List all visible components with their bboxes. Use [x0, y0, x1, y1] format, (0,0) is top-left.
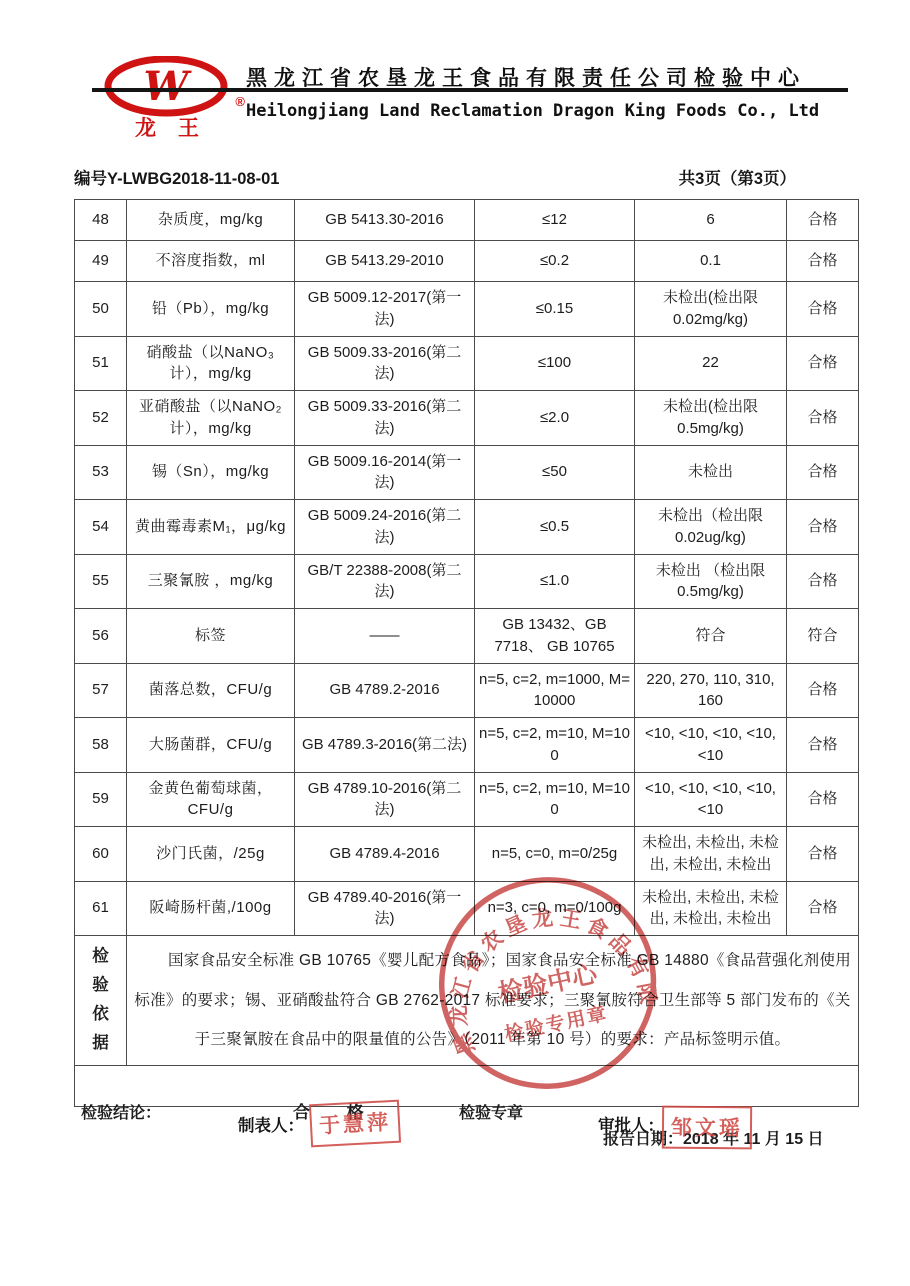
cell-result: <10, <10, <10, <10, <10 — [635, 772, 787, 827]
approver-label: 审批人： — [598, 1112, 664, 1136]
svg-text:W: W — [144, 63, 193, 110]
cell-conclusion: 合格 — [787, 718, 859, 773]
company-name-english: Heilongjiang Land Reclamation Dragon Kin… — [246, 101, 816, 121]
table-row: 57菌落总数，CFU/gGB 4789.2-2016n=5, c=2, m=10… — [75, 663, 859, 718]
cell-limit: ≤2.0 — [475, 391, 635, 446]
cell-limit: n=5, c=0, m=0/25g — [475, 827, 635, 882]
table-row: 58大肠菌群，CFU/gGB 4789.3-2016(第二法)n=5, c=2,… — [75, 718, 859, 773]
cell-result: 符合 — [635, 609, 787, 664]
cell-standard: GB 5413.29-2010 — [295, 241, 475, 282]
cell-standard: GB 5009.12-2017(第一法) — [295, 282, 475, 337]
cell-standard: GB 4789.2-2016 — [295, 663, 475, 718]
cell-conclusion: 合格 — [787, 241, 859, 282]
signature-block: 制表人： 于慧萍 审批人： 邹文瑶 — [0, 1100, 910, 1160]
cell-conclusion: 合格 — [787, 500, 859, 555]
cell-item: 标签 — [127, 609, 295, 664]
table-row: 49不溶度指数，mlGB 5413.29-2010≤0.20.1合格 — [75, 241, 859, 282]
cell-item: 杂质度，mg/kg — [127, 200, 295, 241]
cell-item: 大肠菌群，CFU/g — [127, 718, 295, 773]
cell-result: 未检出（检出限 0.02ug/kg) — [635, 500, 787, 555]
table-row: 59金黄色葡萄球菌，CFU/gGB 4789.10-2016(第二法)n=5, … — [75, 772, 859, 827]
table-row: 55三聚氰胺 ，mg/kgGB/T 22388-2008(第二法)≤1.0未检出… — [75, 554, 859, 609]
cell-no: 51 — [75, 336, 127, 391]
basis-label: 检 验 依 据 — [75, 936, 127, 1066]
cell-standard: GB 4789.3-2016(第二法) — [295, 718, 475, 773]
cell-item: 锡（Sn），mg/kg — [127, 445, 295, 500]
registered-trademark-icon: ® — [235, 94, 245, 109]
cell-result: 未检出 （检出限 0.5mg/kg) — [635, 554, 787, 609]
cell-no: 49 — [75, 241, 127, 282]
cell-limit: GB 13432、GB 7718、 GB 10765 — [475, 609, 635, 664]
cell-conclusion: 合格 — [787, 663, 859, 718]
cell-item: 阪崎肠杆菌,/100g — [127, 881, 295, 936]
cell-standard: GB 5009.33-2016(第二法) — [295, 391, 475, 446]
table-row: 56标签——GB 13432、GB 7718、 GB 10765符合符合 — [75, 609, 859, 664]
basis-row: 检 验 依 据 国家食品安全标准 GB 10765《婴儿配方食品》；国家食品安全… — [75, 936, 859, 1066]
inspection-results-table: 48杂质度，mg/kgGB 5413.30-2016≤126合格49不溶度指数，… — [74, 199, 859, 1107]
cell-result: 6 — [635, 200, 787, 241]
cell-result: 未检出(检出限 0.5mg/kg) — [635, 391, 787, 446]
cell-no: 52 — [75, 391, 127, 446]
cell-conclusion: 符合 — [787, 609, 859, 664]
table-row: 48杂质度，mg/kgGB 5413.30-2016≤126合格 — [75, 200, 859, 241]
cell-conclusion: 合格 — [787, 881, 859, 936]
cell-item: 铅（Pb），mg/kg — [127, 282, 295, 337]
cell-conclusion: 合格 — [787, 336, 859, 391]
table-row: 51硝酸盐（以NaNO₃ 计），mg/kgGB 5009.33-2016(第二法… — [75, 336, 859, 391]
cell-no: 55 — [75, 554, 127, 609]
page-indicator: 共3页（第3页） — [679, 165, 858, 189]
header-divider — [92, 88, 848, 92]
basis-char: 依 — [79, 1000, 122, 1029]
cell-limit: ≤0.15 — [475, 282, 635, 337]
cell-result: <10, <10, <10, <10, <10 — [635, 718, 787, 773]
basis-text: 国家食品安全标准 GB 10765《婴儿配方食品》；国家食品安全标准 GB 14… — [131, 941, 854, 1060]
cell-item: 不溶度指数，ml — [127, 241, 295, 282]
basis-text-cell: 国家食品安全标准 GB 10765《婴儿配方食品》；国家食品安全标准 GB 14… — [127, 936, 859, 1066]
cell-no: 50 — [75, 282, 127, 337]
results-body: 48杂质度，mg/kgGB 5413.30-2016≤126合格49不溶度指数，… — [75, 200, 859, 936]
cell-no: 61 — [75, 881, 127, 936]
cell-item: 金黄色葡萄球菌，CFU/g — [127, 772, 295, 827]
company-logo: W 龙王 ® — [96, 56, 241, 144]
cell-limit: ≤1.0 — [475, 554, 635, 609]
cell-no: 56 — [75, 609, 127, 664]
cell-no: 58 — [75, 718, 127, 773]
cell-standard: GB 5009.24-2016(第二法) — [295, 500, 475, 555]
cell-conclusion: 合格 — [787, 554, 859, 609]
cell-conclusion: 合格 — [787, 391, 859, 446]
table-row: 60沙门氏菌，/25gGB 4789.4-2016n=5, c=0, m=0/2… — [75, 827, 859, 882]
preparer-name-stamp: 于慧萍 — [309, 1100, 401, 1148]
inspection-report-page: W 龙王 ® 黑龙江省农垦龙王食品有限责任公司检验中心 Heilongjiang… — [0, 0, 910, 1286]
cell-no: 57 — [75, 663, 127, 718]
cell-no: 53 — [75, 445, 127, 500]
cell-limit: n=5, c=2, m=1000, M= 10000 — [475, 663, 635, 718]
cell-no: 59 — [75, 772, 127, 827]
cell-standard: GB 4789.4-2016 — [295, 827, 475, 882]
cell-limit: n=3, c=0, m=0/100g — [475, 881, 635, 936]
cell-standard: GB 4789.10-2016(第二法) — [295, 772, 475, 827]
cell-result: 0.1 — [635, 241, 787, 282]
approver-name-stamp: 邹文瑶 — [662, 1106, 752, 1150]
cell-item: 黄曲霉毒素M₁，μg/kg — [127, 500, 295, 555]
basis-char: 验 — [79, 971, 122, 1000]
cell-conclusion: 合格 — [787, 445, 859, 500]
cell-limit: ≤12 — [475, 200, 635, 241]
cell-conclusion: 合格 — [787, 200, 859, 241]
cell-limit: ≤50 — [475, 445, 635, 500]
cell-limit: ≤100 — [475, 336, 635, 391]
cell-conclusion: 合格 — [787, 772, 859, 827]
table-row: 53锡（Sn），mg/kgGB 5009.16-2014(第一法)≤50未检出合… — [75, 445, 859, 500]
cell-conclusion: 合格 — [787, 827, 859, 882]
cell-standard: GB 5009.16-2014(第一法) — [295, 445, 475, 500]
basis-char: 检 — [79, 942, 122, 971]
cell-result: 22 — [635, 336, 787, 391]
cell-limit: n=5, c=2, m=10, M=10 0 — [475, 718, 635, 773]
preparer-label: 制表人： — [238, 1112, 304, 1136]
cell-result: 未检出(检出限 0.02mg/kg) — [635, 282, 787, 337]
cell-result: 未检出, 未检出, 未检出, 未检出, 未检出 — [635, 827, 787, 882]
report-number: 编号Y-LWBG2018-11-08-01 — [74, 165, 279, 189]
cell-result: 未检出 — [635, 445, 787, 500]
table-row: 50铅（Pb），mg/kgGB 5009.12-2017(第一法)≤0.15未检… — [75, 282, 859, 337]
cell-standard: GB 4789.40-2016(第一法) — [295, 881, 475, 936]
cell-standard: GB 5413.30-2016 — [295, 200, 475, 241]
cell-item: 沙门氏菌，/25g — [127, 827, 295, 882]
cell-conclusion: 合格 — [787, 282, 859, 337]
cell-no: 54 — [75, 500, 127, 555]
cell-standard: —— — [295, 609, 475, 664]
cell-no: 48 — [75, 200, 127, 241]
document-meta: 编号Y-LWBG2018-11-08-01 共3页（第3页） — [74, 165, 858, 189]
cell-result: 未检出, 未检出, 未检出, 未检出, 未检出 — [635, 881, 787, 936]
table-row: 52亚硝酸盐（以NaNO₂ 计），mg/kgGB 5009.33-2016(第二… — [75, 391, 859, 446]
table-row: 61阪崎肠杆菌,/100gGB 4789.40-2016(第一法)n=3, c=… — [75, 881, 859, 936]
cell-item: 亚硝酸盐（以NaNO₂ 计），mg/kg — [127, 391, 295, 446]
cell-no: 60 — [75, 827, 127, 882]
cell-limit: n=5, c=2, m=10, M=10 0 — [475, 772, 635, 827]
basis-char: 据 — [79, 1029, 122, 1058]
table-row: 54黄曲霉毒素M₁，μg/kgGB 5009.24-2016(第二法)≤0.5未… — [75, 500, 859, 555]
cell-standard: GB 5009.33-2016(第二法) — [295, 336, 475, 391]
cell-item: 硝酸盐（以NaNO₃ 计），mg/kg — [127, 336, 295, 391]
cell-limit: ≤0.2 — [475, 241, 635, 282]
cell-result: 220, 270, 110, 310, 160 — [635, 663, 787, 718]
cell-limit: ≤0.5 — [475, 500, 635, 555]
logo-brand-text: 龙王 — [106, 112, 228, 142]
cell-item: 菌落总数，CFU/g — [127, 663, 295, 718]
cell-standard: GB/T 22388-2008(第二法) — [295, 554, 475, 609]
cell-item: 三聚氰胺 ，mg/kg — [127, 554, 295, 609]
